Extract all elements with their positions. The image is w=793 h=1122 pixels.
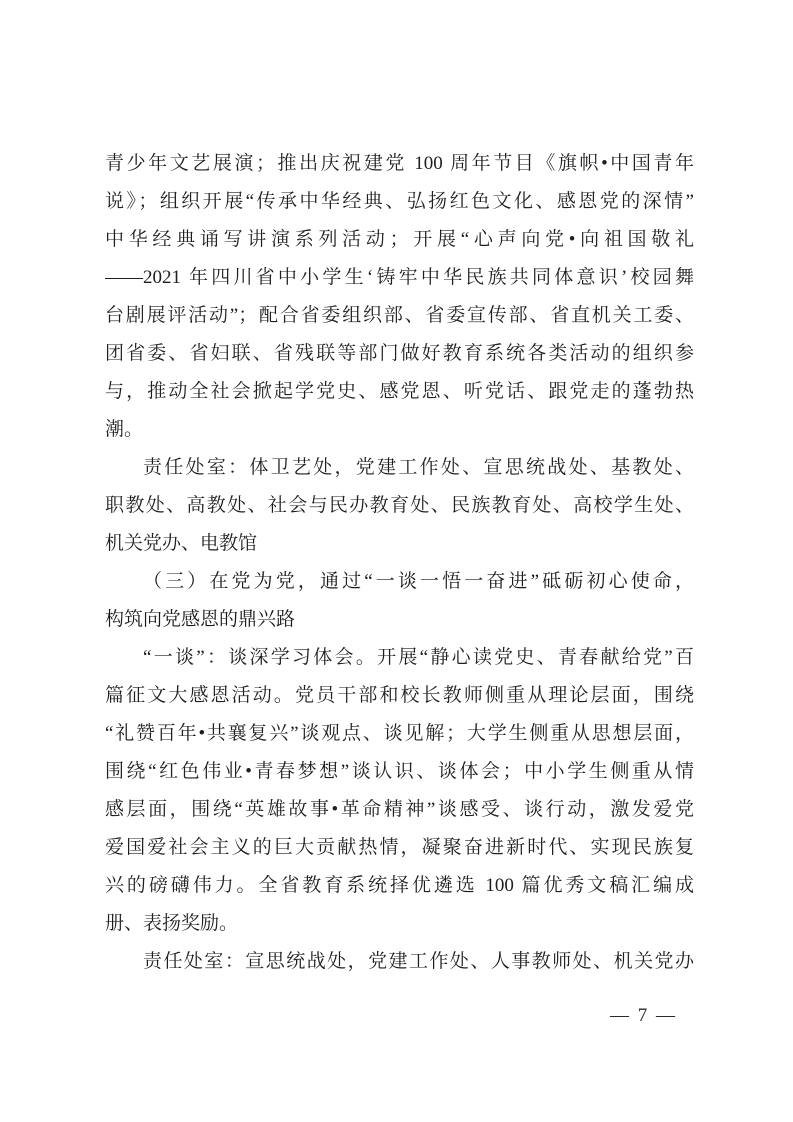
text-line: 篇征文大感恩活动。党员干部和校长教师侧重从理论层面，围绕 bbox=[105, 677, 694, 715]
text-line: “一谈”：谈深学习体会。开展“静心读党史、青春献给党”百 bbox=[105, 639, 694, 677]
text-line: 围绕“红色伟业•青春梦想”谈认识、谈体会；中小学生侧重从情 bbox=[105, 753, 694, 791]
text-line: 构筑向党感恩的鼎兴路 bbox=[105, 601, 694, 639]
text-line: 与，推动全社会掀起学党史、感党恩、听党话、跟党走的蓬勃热 bbox=[105, 373, 694, 411]
text-line: 职教处、高教处、社会与民办教育处、民族教育处、高校学生处、 bbox=[105, 487, 694, 525]
text-line: 册、表扬奖励。 bbox=[105, 905, 694, 943]
paragraph: 责任处室：宣思统战处，党建工作处、人事教师处、机关党办 bbox=[105, 943, 694, 981]
paragraph: 青少年文艺展演；推出庆祝建党 100 周年节目《旗帜•中国青年说》；组织开展“传… bbox=[105, 145, 694, 449]
text-line: 机关党办、电教馆 bbox=[105, 525, 694, 563]
text-line: 青少年文艺展演；推出庆祝建党 100 周年节目《旗帜•中国青年 bbox=[105, 145, 694, 183]
text-line: 团省委、省妇联、省残联等部门做好教育系统各类活动的组织参 bbox=[105, 335, 694, 373]
text-line: 爱国爱社会主义的巨大贡献热情，凝聚奋进新时代、实现民族复 bbox=[105, 829, 694, 867]
text-line: 责任处室：体卫艺处，党建工作处、宣思统战处、基教处、 bbox=[105, 449, 694, 487]
text-line: ——2021 年四川省中小学生‘铸牢中华民族共同体意识’校园舞 bbox=[105, 259, 694, 297]
text-line: “礼赞百年•共襄复兴”谈观点、谈见解；大学生侧重从思想层面， bbox=[105, 715, 694, 753]
text-line: 感层面，围绕“英雄故事•革命精神”谈感受、谈行动，激发爱党 bbox=[105, 791, 694, 829]
text-line: 说》；组织开展“传承中华经典、弘扬红色文化、感恩党的深情” bbox=[105, 183, 694, 221]
paragraph: “一谈”：谈深学习体会。开展“静心读党史、青春献给党”百篇征文大感恩活动。党员干… bbox=[105, 639, 694, 943]
text-line: 兴的磅礴伟力。全省教育系统择优遴选 100 篇优秀文稿汇编成 bbox=[105, 867, 694, 905]
text-line: （三）在党为党，通过“一谈一悟一奋进”砥砺初心使命， bbox=[105, 563, 694, 601]
document-page: 青少年文艺展演；推出庆祝建党 100 周年节目《旗帜•中国青年说》；组织开展“传… bbox=[0, 0, 793, 1122]
paragraph: 责任处室：体卫艺处，党建工作处、宣思统战处、基教处、职教处、高教处、社会与民办教… bbox=[105, 449, 694, 563]
page-number: — 7 — bbox=[610, 1003, 675, 1029]
document-body: 青少年文艺展演；推出庆祝建党 100 周年节目《旗帜•中国青年说》；组织开展“传… bbox=[105, 145, 694, 981]
text-line: 潮。 bbox=[105, 411, 694, 449]
text-line: 台剧展评活动”；配合省委组织部、省委宣传部、省直机关工委、 bbox=[105, 297, 694, 335]
text-line: 中华经典诵写讲演系列活动；开展“心声向党•向祖国敬礼 bbox=[105, 221, 694, 259]
section-heading: （三）在党为党，通过“一谈一悟一奋进”砥砺初心使命，构筑向党感恩的鼎兴路 bbox=[105, 563, 694, 639]
text-line: 责任处室：宣思统战处，党建工作处、人事教师处、机关党办 bbox=[105, 943, 694, 981]
